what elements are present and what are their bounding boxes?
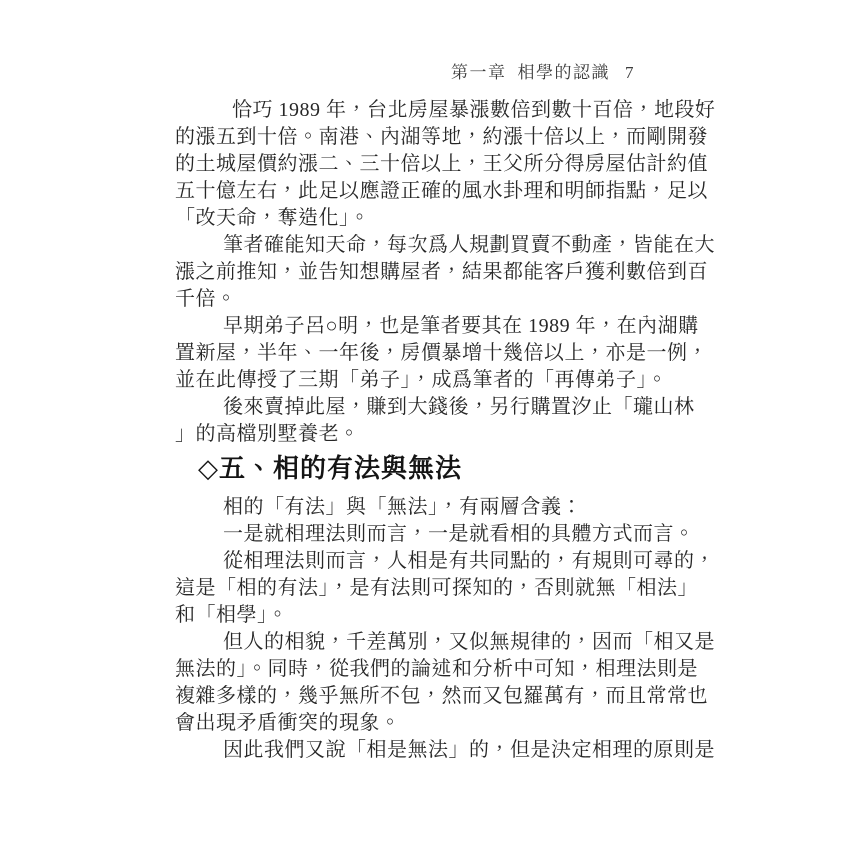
chapter-label: 第一章 [451,58,507,83]
paragraph: 但人的相貌，千差萬別，又似無規律的，因而「相又是 無法的」。同時，從我們的論述和… [175,629,675,737]
text-line: 從相理法則而言，人相是有共同點的，有規則可尋的， [175,548,675,575]
text-line: 和「相學」。 [175,602,675,629]
chapter-title: 相學的認識 [518,58,611,83]
paragraph: 因此我們又說「相是無法」的，但是決定相理的原則是 [175,737,675,764]
page-body: 恰巧 1989 年，台北房屋暴漲數倍到數十百倍，地段好 的漲五到十倍。南港、內湖… [175,97,675,764]
text-line: 漲之前推知，並告知想購屋者，結果都能客戶獲利數倍到百 [175,259,675,286]
text-line: 置新屋，半年、一年後，房價暴增十幾倍以上，亦是一例， [175,340,675,367]
text-line: 五十億左右，此足以應證正確的風水卦理和明師指點，足以 [175,178,675,205]
text-line: 的土城屋價約漲二、三十倍以上，王父所分得房屋估計約值 [175,151,675,178]
text-line: 無法的」。同時，從我們的論述和分析中可知，相理法則是 [175,656,675,683]
paragraph: 從相理法則而言，人相是有共同點的，有規則可尋的， 這是「相的有法」，是有法則可探… [175,548,675,629]
text-line: 千倍。 [175,286,675,313]
text-line: 相的「有法」與「無法」，有兩層含義： [175,494,675,521]
text-line: 「改天命，奪造化」。 [175,205,675,232]
text-line: 」的高檔別墅養老。 [175,421,675,448]
paragraph: 早期弟子呂○明，也是筆者要其在 1989 年，在內湖購 置新屋，半年、一年後，房… [175,313,675,394]
paragraph: 一是就相理法則而言，一是就看相的具體方式而言。 [175,521,675,548]
paragraph: 後來賣掉此屋，賺到大錢後，另行購置汐止「瓏山林 」的高檔別墅養老。 [175,394,675,448]
text-line: 因此我們又說「相是無法」的，但是決定相理的原則是 [175,737,675,764]
text-line: 並在此傳授了三期「弟子」，成爲筆者的「再傳弟子」。 [175,367,675,394]
text-line: 的漲五到十倍。南港、內湖等地，約漲十倍以上，而剛開發 [175,124,675,151]
text-line: 這是「相的有法」，是有法則可探知的，否則就無「相法」 [175,575,675,602]
text-line: 筆者確能知天命，每次爲人規劃買賣不動產，皆能在大 [175,232,675,259]
paragraph: 相的「有法」與「無法」，有兩層含義： [175,494,675,521]
text-line: 會出現矛盾衝突的現象。 [175,710,675,737]
paragraph: 筆者確能知天命，每次爲人規劃買賣不動產，皆能在大 漲之前推知，並告知想購屋者，結… [175,232,675,313]
book-page: 第一章 相學的認識 7 恰巧 1989 年，台北房屋暴漲數倍到數十百倍，地段好 … [0,0,850,850]
page-number: 7 [625,63,635,83]
text-line: 但人的相貌，千差萬別，又似無規律的，因而「相又是 [175,629,675,656]
text-line: 複雜多樣的，幾乎無所不包，然而又包羅萬有，而且常常也 [175,683,675,710]
paragraph: 恰巧 1989 年，台北房屋暴漲數倍到數十百倍，地段好 的漲五到十倍。南港、內湖… [175,97,675,232]
text-line: 後來賣掉此屋，賺到大錢後，另行購置汐止「瓏山林 [175,394,675,421]
text-line: 恰巧 1989 年，台北房屋暴漲數倍到數十百倍，地段好 [175,97,675,124]
text-line: 早期弟子呂○明，也是筆者要其在 1989 年，在內湖購 [175,313,675,340]
text-line: 一是就相理法則而言，一是就看相的具體方式而言。 [175,521,675,548]
section-heading: ◇五、相的有法與無法 [175,451,675,485]
running-header: 第一章 相學的認識 7 [451,58,635,83]
